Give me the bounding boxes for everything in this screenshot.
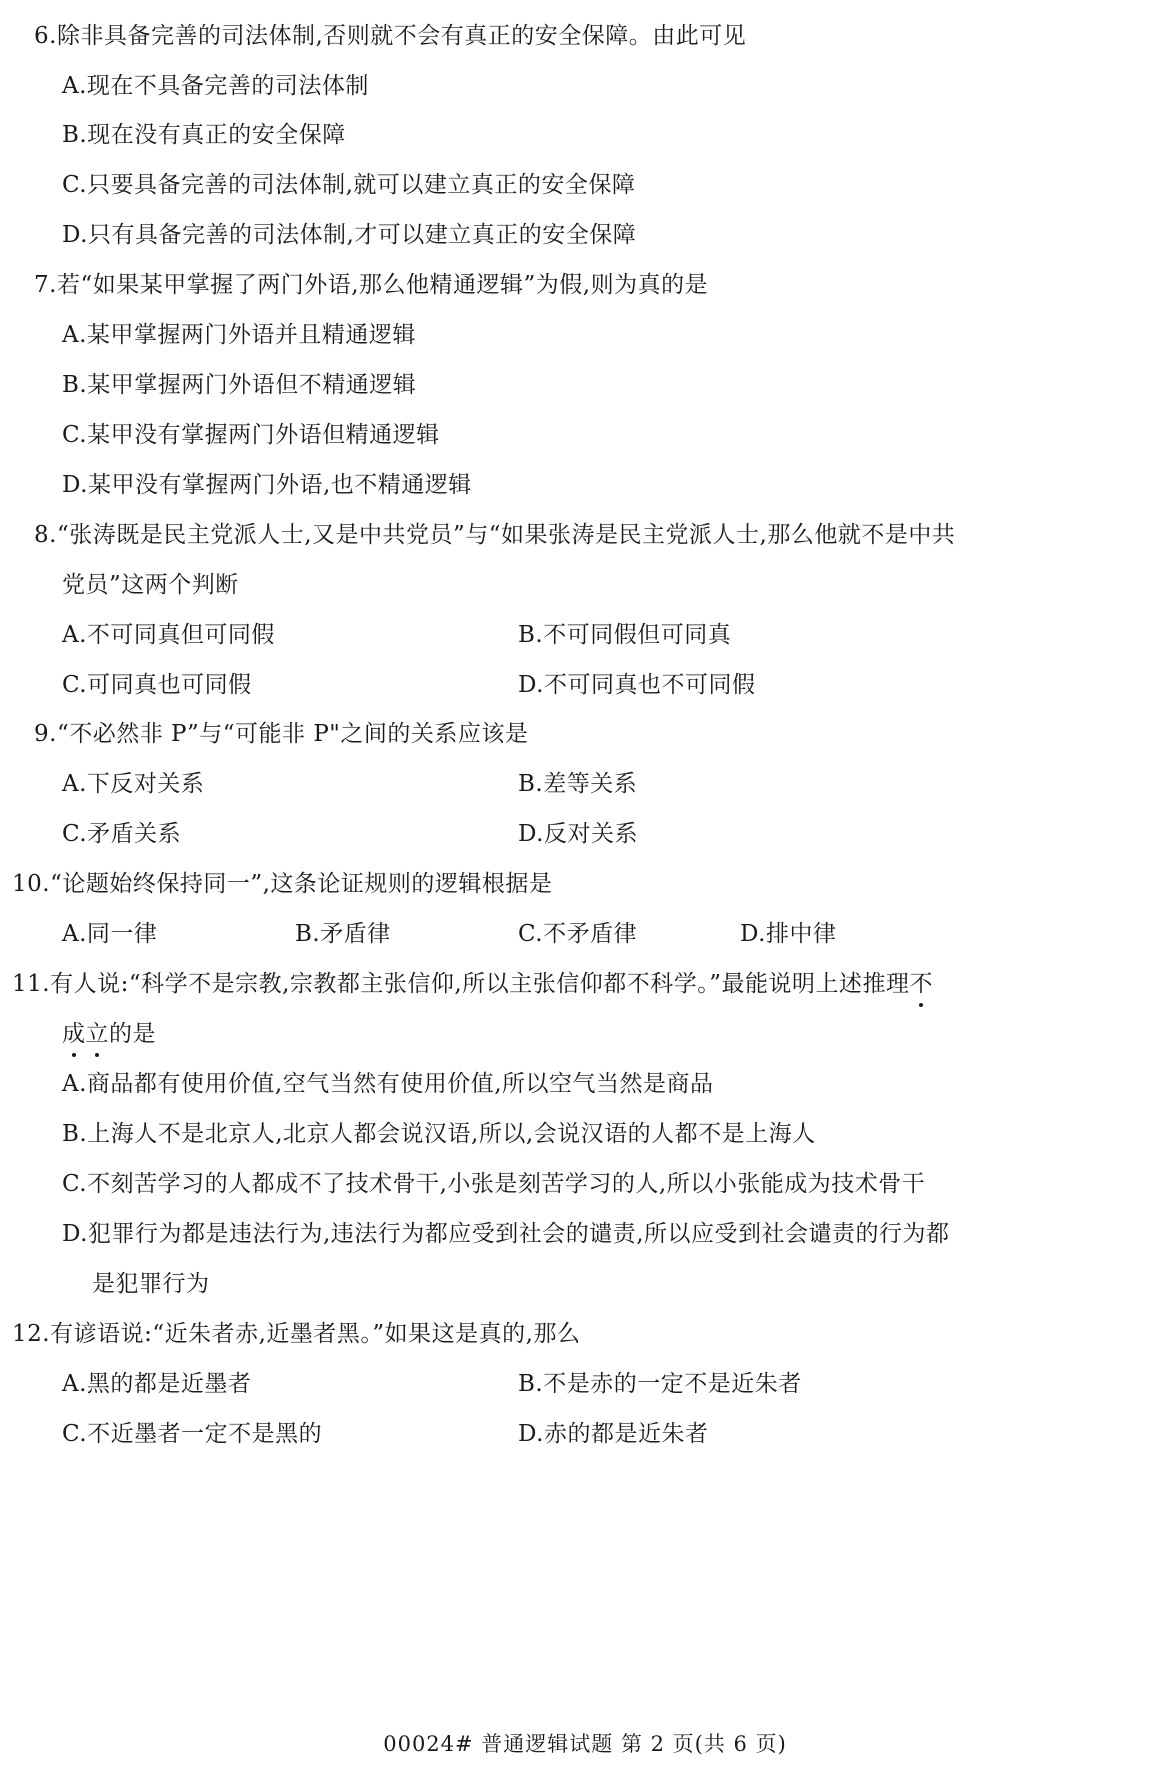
option-label: C. <box>518 921 543 947</box>
q11-option-a: A.商品都有使用价值,空气当然有使用价值,所以空气当然是商品 <box>62 1059 714 1109</box>
q8-option-b: B.不可同假但可同真 <box>518 610 731 660</box>
q9-option-c: C.矛盾关系 <box>62 809 181 859</box>
q6-option-b: B.现在没有真正的安全保障 <box>62 110 346 160</box>
option-text: 不矛盾律 <box>543 921 637 947</box>
option-text: 矛盾关系 <box>87 821 181 847</box>
option-label: B. <box>518 622 543 648</box>
q8-option-a: A.不可同真但可同假 <box>62 610 275 660</box>
question-text: 有人说:“科学不是宗教,宗教都主张信仰,所以主张信仰都不科学。”最能说明上述推理 <box>50 971 909 997</box>
question-text: “论题始终保持同一”,这条论证规则的逻辑根据是 <box>50 871 552 897</box>
question-9-stem: 9.“不必然非 P”与“可能非 P"之间的关系应该是 <box>34 709 528 759</box>
question-number: 6. <box>34 23 57 49</box>
option-text: 不近墨者一定不是黑的 <box>87 1421 322 1447</box>
question-text: 党员”这两个判断 <box>62 572 239 598</box>
option-label: D. <box>740 921 766 947</box>
q12-option-a: A.黑的都是近墨者 <box>62 1359 251 1409</box>
q11-option-d: D.犯罪行为都是违法行为,违法行为都应受到社会的谴责,所以应受到社会谴责的行为都 <box>62 1209 950 1259</box>
option-label: B. <box>295 921 320 947</box>
option-label: C. <box>62 422 87 448</box>
q12-option-d: D.赤的都是近朱者 <box>518 1409 708 1459</box>
q6-option-a: A.现在不具备完善的司法体制 <box>62 61 369 111</box>
question-11-stem-cont: 成立的是 <box>62 1009 156 1059</box>
option-text: 某甲掌握两门外语但不精通逻辑 <box>87 372 416 398</box>
option-label: B. <box>62 122 87 148</box>
option-text: 黑的都是近墨者 <box>87 1371 252 1397</box>
option-label: C. <box>62 1421 87 1447</box>
emphasis-char: 不 <box>909 959 933 1009</box>
option-text: 不刻苦学习的人都成不了技术骨干,小张是刻苦学习的人,所以小张能成为技术骨干 <box>87 1171 925 1197</box>
question-number: 8. <box>34 522 57 548</box>
question-text: 的是 <box>109 1021 156 1047</box>
option-label: A. <box>62 622 87 648</box>
option-label: D. <box>518 672 544 698</box>
option-text: 赤的都是近朱者 <box>544 1421 709 1447</box>
question-number: 11. <box>12 971 50 997</box>
q11-option-d-cont: 是犯罪行为 <box>92 1259 210 1309</box>
option-label: A. <box>62 322 87 348</box>
option-text: 排中律 <box>766 921 837 947</box>
question-text: “不必然非 P”与“可能非 P"之间的关系应该是 <box>57 721 528 747</box>
option-label: A. <box>62 921 87 947</box>
question-number: 12. <box>12 1321 50 1347</box>
question-number: 7. <box>34 272 57 298</box>
emphasis-char: 立 <box>86 1009 110 1059</box>
q9-option-b: B.差等关系 <box>518 759 637 809</box>
option-label: D. <box>62 222 88 248</box>
question-6-stem: 6.除非具备完善的司法体制,否则就不会有真正的安全保障。由此可见 <box>34 11 746 61</box>
option-label: B. <box>62 1121 87 1147</box>
q10-option-b: B.矛盾律 <box>295 909 391 959</box>
option-text: 不可同假但可同真 <box>543 622 731 648</box>
option-text: 是犯罪行为 <box>92 1271 210 1297</box>
q9-option-d: D.反对关系 <box>518 809 638 859</box>
option-text: 下反对关系 <box>87 771 205 797</box>
page-footer: 00024# 普通逻辑试题 第 2 页(共 6 页) <box>0 1722 1170 1766</box>
option-label: D. <box>518 1421 544 1447</box>
option-text: 不可同真但可同假 <box>87 622 275 648</box>
option-text: 现在没有真正的安全保障 <box>87 122 346 148</box>
option-text: 矛盾律 <box>320 921 391 947</box>
q10-option-d: D.排中律 <box>740 909 836 959</box>
q7-option-a: A.某甲掌握两门外语并且精通逻辑 <box>62 310 416 360</box>
q6-option-c: C.只要具备完善的司法体制,就可以建立真正的安全保障 <box>62 160 635 210</box>
question-8-stem-cont: 党员”这两个判断 <box>62 560 239 610</box>
option-label: A. <box>62 1371 87 1397</box>
option-text: 上海人不是北京人,北京人都会说汉语,所以,会说汉语的人都不是上海人 <box>87 1121 815 1147</box>
question-number: 9. <box>34 721 57 747</box>
option-text: 犯罪行为都是违法行为,违法行为都应受到社会的谴责,所以应受到社会谴责的行为都 <box>88 1221 950 1247</box>
question-8-stem: 8.“张涛既是民主党派人士,又是中共党员”与“如果张涛是民主党派人士,那么他就不… <box>34 510 955 560</box>
option-text: 可同真也可同假 <box>87 672 252 698</box>
q11-option-c: C.不刻苦学习的人都成不了技术骨干,小张是刻苦学习的人,所以小张能成为技术骨干 <box>62 1159 925 1209</box>
question-text: “张涛既是民主党派人士,又是中共党员”与“如果张涛是民主党派人士,那么他就不是中… <box>57 522 955 548</box>
option-text: 商品都有使用价值,空气当然有使用价值,所以空气当然是商品 <box>87 1071 714 1097</box>
option-text: 只有具备完善的司法体制,才可以建立真正的安全保障 <box>88 222 636 248</box>
q9-option-a: A.下反对关系 <box>62 759 204 809</box>
option-text: 同一律 <box>87 921 158 947</box>
q7-option-d: D.某甲没有掌握两门外语,也不精通逻辑 <box>62 460 472 510</box>
option-label: C. <box>62 172 87 198</box>
option-text: 现在不具备完善的司法体制 <box>87 73 369 99</box>
q11-option-b: B.上海人不是北京人,北京人都会说汉语,所以,会说汉语的人都不是上海人 <box>62 1109 816 1159</box>
q7-option-b: B.某甲掌握两门外语但不精通逻辑 <box>62 360 416 410</box>
option-label: A. <box>62 771 87 797</box>
q12-option-c: C.不近墨者一定不是黑的 <box>62 1409 322 1459</box>
option-text: 差等关系 <box>543 771 637 797</box>
q10-option-a: A.同一律 <box>62 909 157 959</box>
option-text: 只要具备完善的司法体制,就可以建立真正的安全保障 <box>87 172 635 198</box>
option-text: 某甲没有掌握两门外语,也不精通逻辑 <box>88 472 472 498</box>
option-text: 某甲没有掌握两门外语但精通逻辑 <box>87 422 440 448</box>
option-label: C. <box>62 1171 87 1197</box>
question-number: 10. <box>12 871 50 897</box>
option-label: C. <box>62 672 87 698</box>
option-text: 不是赤的一定不是近朱者 <box>543 1371 802 1397</box>
q8-option-c: C.可同真也可同假 <box>62 660 252 710</box>
q6-option-d: D.只有具备完善的司法体制,才可以建立真正的安全保障 <box>62 210 636 260</box>
option-label: D. <box>62 472 88 498</box>
question-11-stem: 11.有人说:“科学不是宗教,宗教都主张信仰,所以主张信仰都不科学。”最能说明上… <box>12 959 933 1009</box>
question-7-stem: 7.若“如果某甲掌握了两门外语,那么他精通逻辑”为假,则为真的是 <box>34 260 708 310</box>
option-text: 反对关系 <box>544 821 638 847</box>
option-text: 某甲掌握两门外语并且精通逻辑 <box>87 322 416 348</box>
option-label: B. <box>518 1371 543 1397</box>
option-label: A. <box>62 73 87 99</box>
question-text: 有谚语说:“近朱者赤,近墨者黑。”如果这是真的,那么 <box>50 1321 580 1347</box>
option-label: A. <box>62 1071 87 1097</box>
question-text: 若“如果某甲掌握了两门外语,那么他精通逻辑”为假,则为真的是 <box>57 272 708 298</box>
question-10-stem: 10.“论题始终保持同一”,这条论证规则的逻辑根据是 <box>12 859 552 909</box>
option-text: 不可同真也不可同假 <box>544 672 756 698</box>
option-label: D. <box>518 821 544 847</box>
option-label: D. <box>62 1221 88 1247</box>
q10-option-c: C.不矛盾律 <box>518 909 637 959</box>
emphasis-char: 成 <box>62 1009 86 1059</box>
option-label: C. <box>62 821 87 847</box>
q7-option-c: C.某甲没有掌握两门外语但精通逻辑 <box>62 410 440 460</box>
question-text: 除非具备完善的司法体制,否则就不会有真正的安全保障。由此可见 <box>57 23 746 49</box>
option-label: B. <box>518 771 543 797</box>
q8-option-d: D.不可同真也不可同假 <box>518 660 755 710</box>
option-label: B. <box>62 372 87 398</box>
question-12-stem: 12.有谚语说:“近朱者赤,近墨者黑。”如果这是真的,那么 <box>12 1309 580 1359</box>
q12-option-b: B.不是赤的一定不是近朱者 <box>518 1359 802 1409</box>
